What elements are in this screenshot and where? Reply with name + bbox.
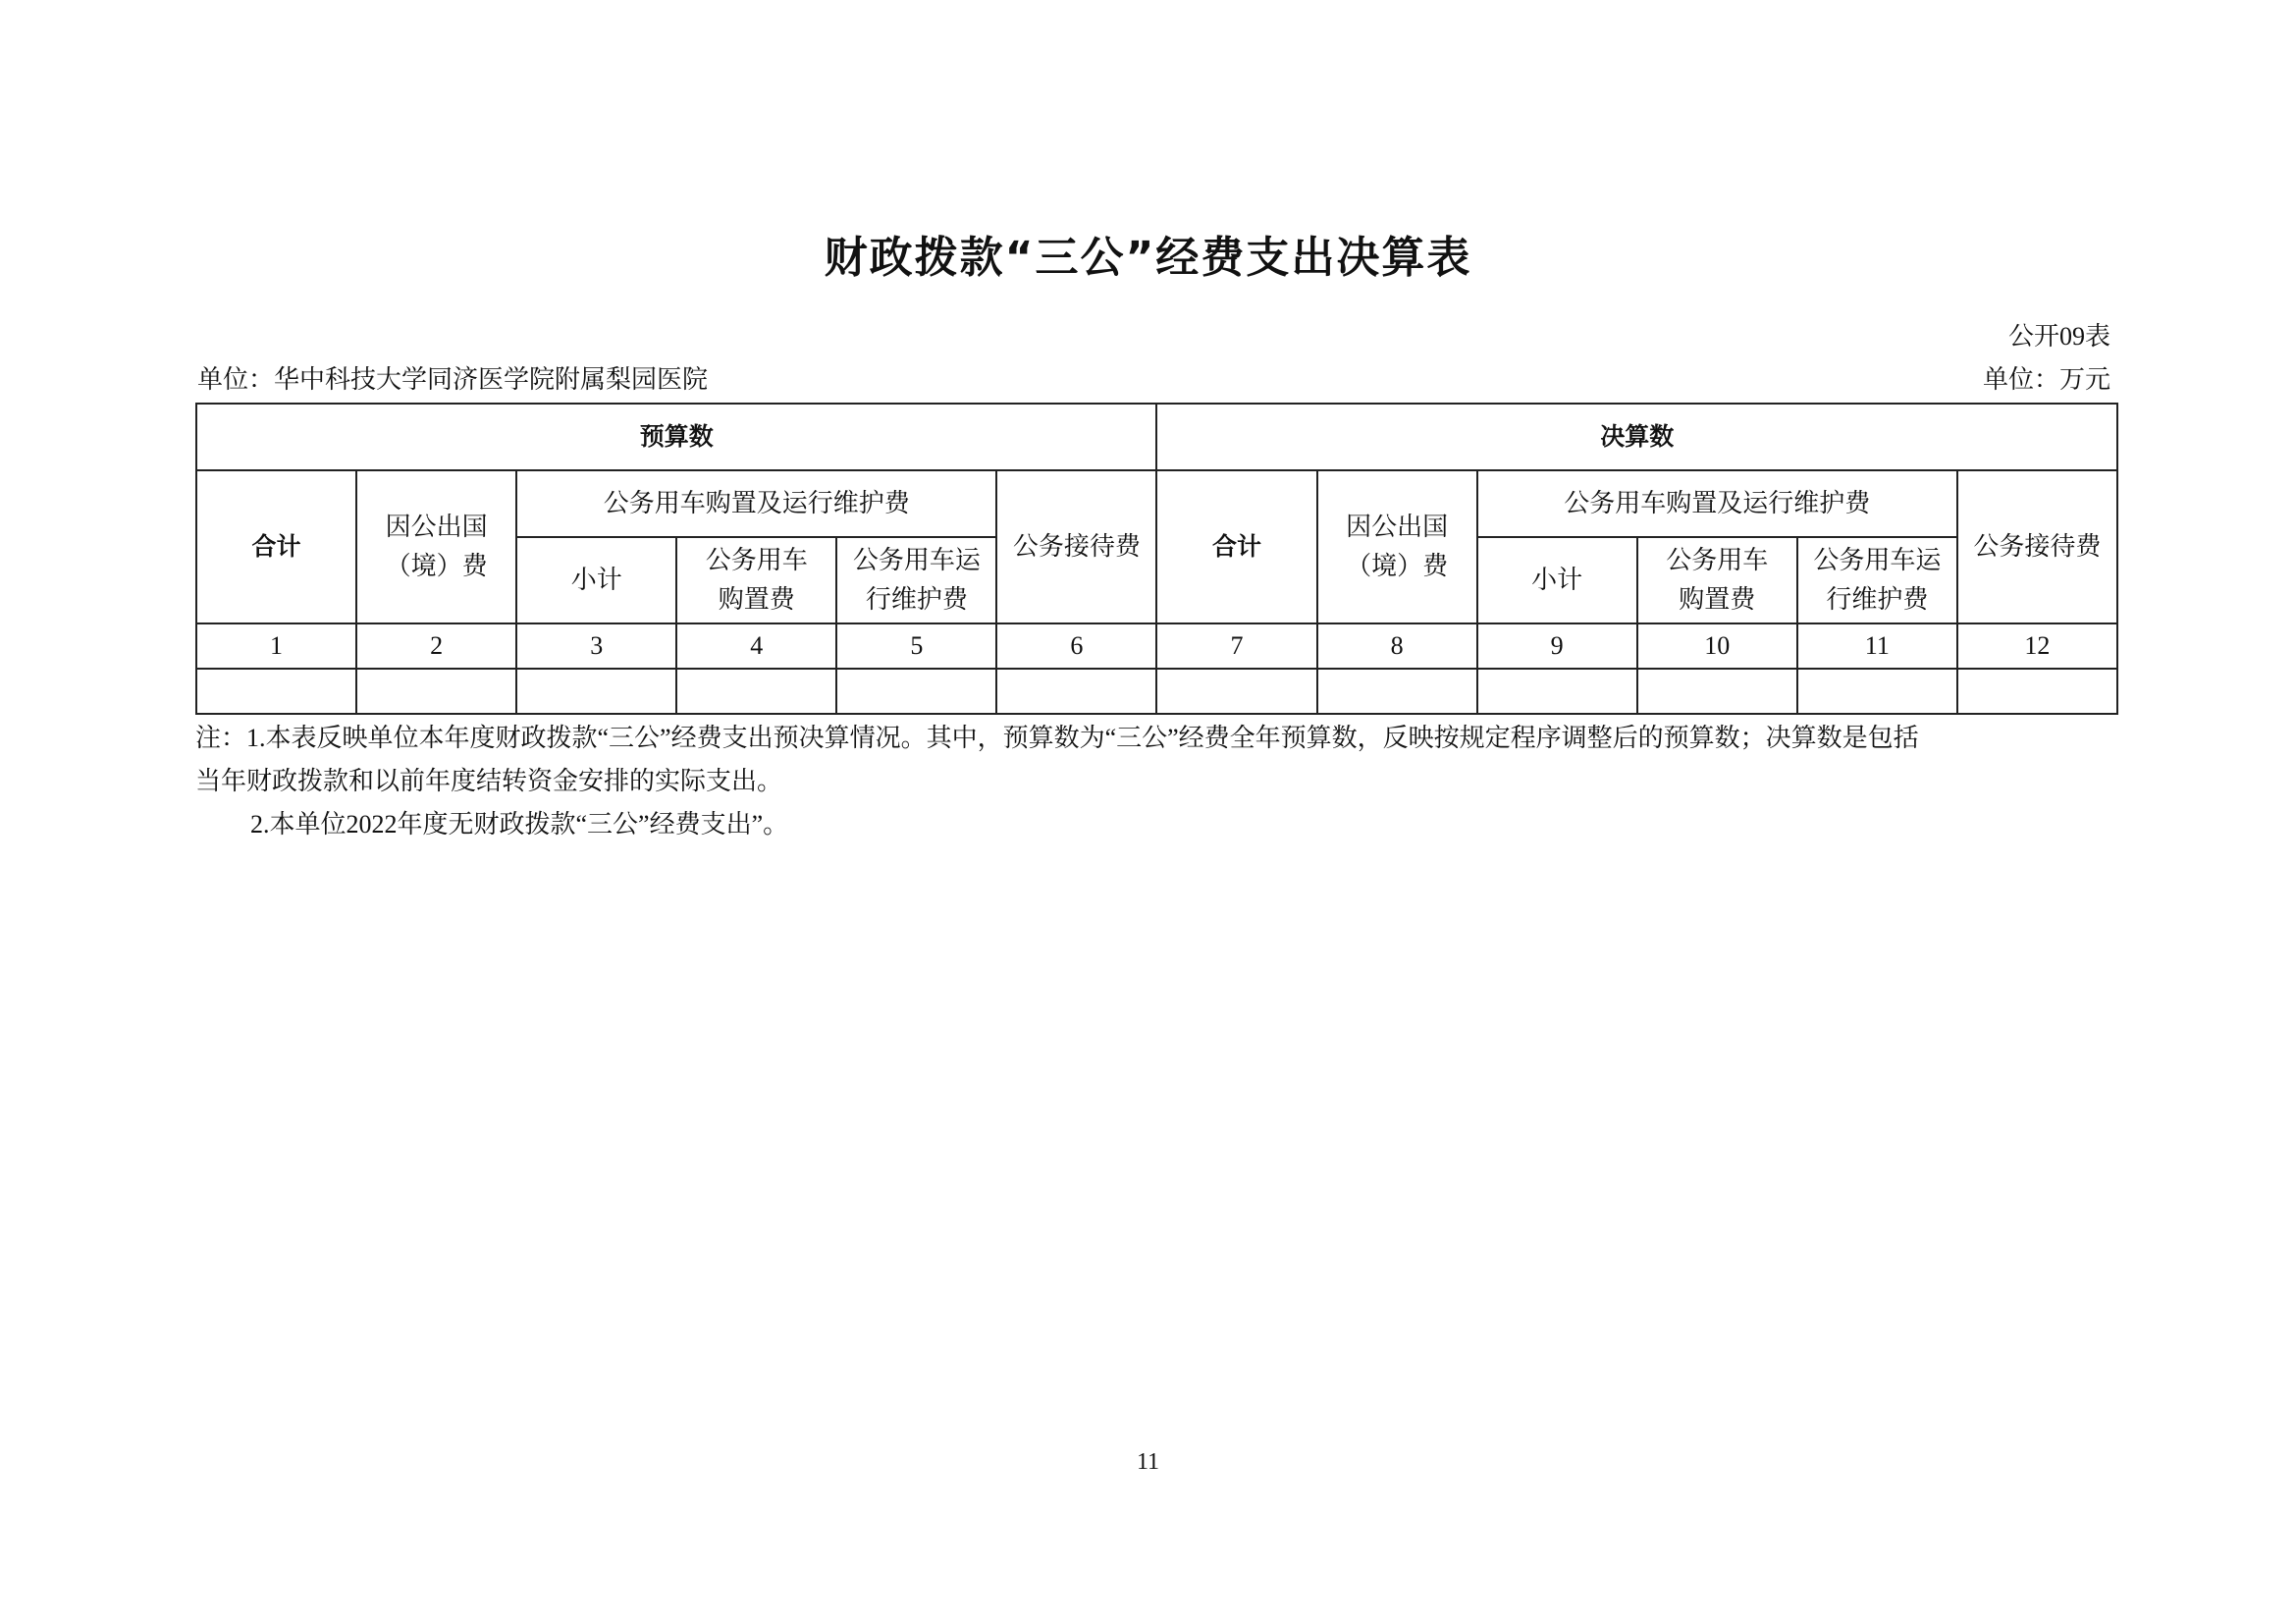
- final-abroad-header: 因公出国（境）费: [1317, 470, 1477, 623]
- data-cell: [1317, 669, 1477, 714]
- data-cell: [516, 669, 676, 714]
- three-public-expenses-table: 预算数 决算数 合计 因公出国（境）费 公务用车购置及运行维护费 公务接待费 合…: [195, 403, 2118, 715]
- budget-reception-header: 公务接待费: [996, 470, 1156, 623]
- unit-organization: 单位：华中科技大学同济医学院附属梨园医院: [197, 359, 708, 396]
- data-cell: [1156, 669, 1316, 714]
- data-cell: [996, 669, 1156, 714]
- data-cell: [1637, 669, 1797, 714]
- column-number: 10: [1637, 623, 1797, 669]
- column-number-row: 1 2 3 4 5 6 7 8 9 10 11 12: [196, 623, 2117, 669]
- note-2: 2.本单位2022年度无财政拨款“三公”经费支出”。: [195, 803, 2119, 846]
- final-vehicle-maintenance-header: 公务用车运行维护费: [1797, 537, 1957, 623]
- note-1-line-2: 当年财政拨款和以前年度结转资金安排的实际支出。: [195, 760, 2119, 803]
- unit-currency: 单位：万元: [1983, 359, 2110, 396]
- final-group-header: 决算数: [1156, 404, 2117, 470]
- data-cell: [676, 669, 836, 714]
- column-number: 8: [1317, 623, 1477, 669]
- column-number: 2: [356, 623, 516, 669]
- column-header-row: 合计 因公出国（境）费 公务用车购置及运行维护费 公务接待费 合计 因公出国（境…: [196, 470, 2117, 537]
- data-cell: [1477, 669, 1637, 714]
- column-number: 4: [676, 623, 836, 669]
- column-number: 11: [1797, 623, 1957, 669]
- final-vehicle-purchase-header: 公务用车购置费: [1637, 537, 1797, 623]
- column-number: 12: [1957, 623, 2117, 669]
- page-number: 11: [0, 1449, 2296, 1476]
- column-number: 3: [516, 623, 676, 669]
- column-number: 6: [996, 623, 1156, 669]
- budget-abroad-header: 因公出国（境）费: [356, 470, 516, 623]
- table-row: [196, 669, 2117, 714]
- budget-total-header: 合计: [196, 470, 356, 623]
- note-1-line-1: 注：1.本表反映单位本年度财政拨款“三公”经费支出预决算情况。其中，预算数为“三…: [195, 717, 2119, 760]
- data-cell: [1957, 669, 2117, 714]
- budget-subtotal-header: 小计: [516, 537, 676, 623]
- column-number: 9: [1477, 623, 1637, 669]
- data-cell: [356, 669, 516, 714]
- budget-vehicle-maintenance-header: 公务用车运行维护费: [836, 537, 996, 623]
- budget-vehicle-purchase-header: 公务用车购置费: [676, 537, 836, 623]
- budget-vehicle-group-header: 公务用车购置及运行维护费: [516, 470, 996, 537]
- notes-section: 注：1.本表反映单位本年度财政拨款“三公”经费支出预决算情况。其中，预算数为“三…: [195, 717, 2119, 846]
- budget-group-header: 预算数: [196, 404, 1156, 470]
- column-number: 5: [836, 623, 996, 669]
- document-title: 财政拨款“三公”经费支出决算表: [0, 222, 2296, 285]
- group-header-row: 预算数 决算数: [196, 404, 2117, 470]
- data-cell: [1797, 669, 1957, 714]
- final-vehicle-group-header: 公务用车购置及运行维护费: [1477, 470, 1957, 537]
- final-total-header: 合计: [1156, 470, 1316, 623]
- form-number: 公开09表: [2008, 316, 2110, 352]
- final-reception-header: 公务接待费: [1957, 470, 2117, 623]
- column-number: 1: [196, 623, 356, 669]
- data-cell: [836, 669, 996, 714]
- data-cell: [196, 669, 356, 714]
- final-subtotal-header: 小计: [1477, 537, 1637, 623]
- column-number: 7: [1156, 623, 1316, 669]
